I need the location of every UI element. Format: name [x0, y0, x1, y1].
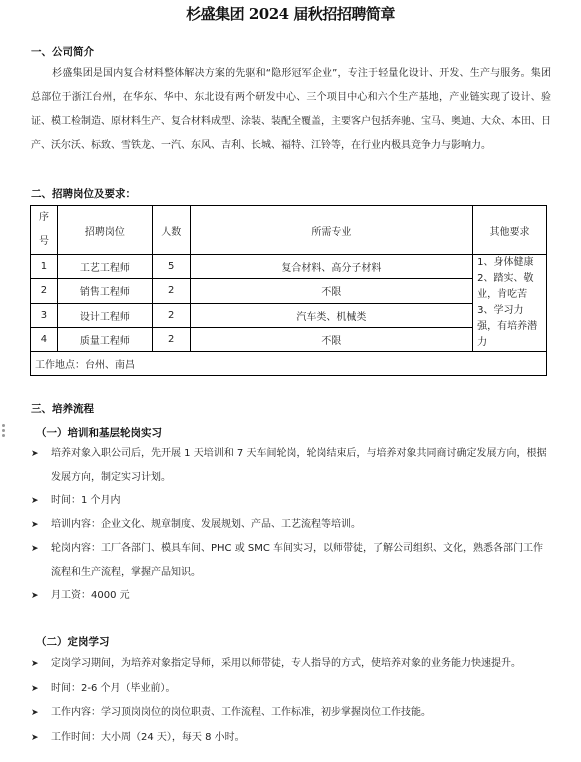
arrow-bullet-icon: ➤ [31, 584, 39, 608]
arrow-bullet-icon: ➤ [31, 652, 39, 676]
arrow-bullet-icon: ➤ [31, 513, 39, 537]
arrow-bullet-icon: ➤ [31, 442, 39, 466]
list-item: ➤ 培养对象入职公司后，先开展 1 天培训和 7 天车间轮岗，轮岗结束后，与培养… [31, 442, 553, 490]
cell-count: 2 [152, 279, 190, 303]
cell-seq: 2 [31, 279, 58, 303]
cell-position: 销售工程师 [57, 279, 152, 303]
drag-handle-icon[interactable] [2, 424, 6, 440]
cell-major: 复合材料、高分子材料 [190, 255, 472, 279]
work-location: 工作地点：台州、南昌 [31, 352, 547, 376]
cell-major: 不限 [190, 327, 472, 351]
list-item: ➤ 工作时间：大小周（24 天），每天 8 小时。 [31, 726, 553, 750]
cell-count: 2 [152, 327, 190, 351]
table-header-row: 序号 招聘岗位 人数 所需专业 其他要求 [31, 206, 547, 255]
list-item: ➤ 定岗学习期间，为培养对象指定导师，采用以师带徒，专人指导的方式，使培养对象的… [31, 652, 553, 676]
list-item: ➤ 月工资：4000 元 [31, 584, 553, 608]
cell-position: 设计工程师 [57, 303, 152, 327]
list-item: ➤ 轮岗内容：工厂各部门、模具车间、PHC 或 SMC 车间实习，以师带徒，了解… [31, 537, 553, 585]
table-row: 1 工艺工程师 5 复合材料、高分子材料 1、身体健康 2、踏实、敬业，肯吃苦 … [31, 255, 547, 279]
company-intro-paragraph: 杉盛集团是国内复合材料整体解决方案的先驱和“隐形冠军企业”，专注于轻量化设计、开… [31, 62, 551, 158]
arrow-bullet-icon: ➤ [31, 701, 39, 725]
requirement-line: 1、身体健康 [477, 255, 542, 271]
list-item: ➤ 时间：2-6 个月（毕业前）。 [31, 677, 553, 701]
list-item: ➤ 培训内容：企业文化、规章制度、发展规划、产品、工艺流程等培训。 [31, 513, 553, 537]
table-row: 4 质量工程师 2 不限 [31, 327, 547, 351]
header-count: 人数 [152, 206, 190, 255]
arrow-bullet-icon: ➤ [31, 677, 39, 701]
cell-major: 汽车类、机械类 [190, 303, 472, 327]
header-seq: 序号 [31, 206, 58, 255]
arrow-bullet-icon: ➤ [31, 726, 39, 750]
list-item: ➤ 工作内容：学习顶岗岗位的岗位职责、工作流程、工作标准，初步掌握岗位工作技能。 [31, 701, 553, 725]
location-row: 工作地点：台州、南昌 [31, 352, 547, 376]
cell-count: 5 [152, 255, 190, 279]
cell-seq: 4 [31, 327, 58, 351]
subsection-heading-post-study: （二）定岗学习 [36, 634, 110, 649]
requirement-line: 2、踏实、敬业，肯吃苦 [477, 271, 542, 303]
cell-position: 质量工程师 [57, 327, 152, 351]
list-item: ➤ 时间：1 个月内 [31, 489, 553, 513]
header-major: 所需专业 [190, 206, 472, 255]
table-row: 2 销售工程师 2 不限 [31, 279, 547, 303]
positions-table: 序号 招聘岗位 人数 所需专业 其他要求 1 工艺工程师 5 复合材料、高分子材… [30, 205, 547, 376]
arrow-bullet-icon: ➤ [31, 489, 39, 513]
section-heading-positions: 二、招聘岗位及要求： [31, 186, 136, 201]
company-intro-text: 杉盛集团是国内复合材料整体解决方案的先驱和“隐形冠军企业”，专注于轻量化设计、开… [31, 68, 551, 151]
cell-seq: 3 [31, 303, 58, 327]
cell-major: 不限 [190, 279, 472, 303]
requirement-line: 3、学习力强，有培养潜力 [477, 303, 542, 351]
header-position: 招聘岗位 [57, 206, 152, 255]
subsection-heading-rotation: （一）培训和基层轮岗实习 [36, 425, 162, 440]
section-heading-training: 三、培养流程 [31, 401, 94, 416]
table-row: 3 设计工程师 2 汽车类、机械类 [31, 303, 547, 327]
arrow-bullet-icon: ➤ [31, 537, 39, 561]
cell-count: 2 [152, 303, 190, 327]
header-other: 其他要求 [473, 206, 547, 255]
section-heading-company: 一、公司简介 [31, 44, 94, 59]
cell-position: 工艺工程师 [57, 255, 152, 279]
document-title: 杉盛集团 2024 届秋招招聘简章 [0, 3, 581, 24]
cell-seq: 1 [31, 255, 58, 279]
cell-other-requirements: 1、身体健康 2、踏实、敬业，肯吃苦 3、学习力强，有培养潜力 [473, 255, 547, 352]
